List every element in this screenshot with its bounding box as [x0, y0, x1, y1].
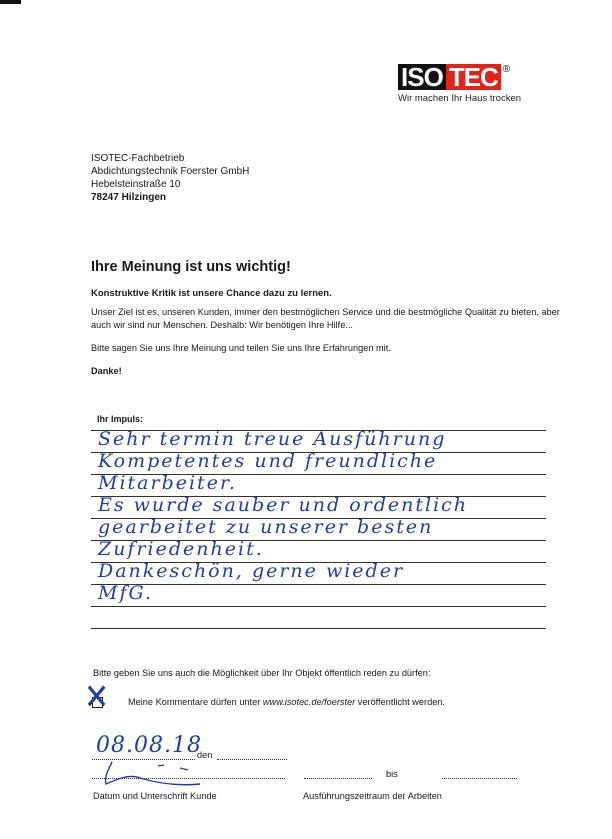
logo-tec: TEC	[446, 64, 501, 90]
ruled-line	[91, 606, 546, 607]
request-paragraph: Bitte sagen Sie uns Ihre Meinung und tei…	[91, 343, 391, 353]
ruled-line	[91, 584, 546, 585]
handwritten-line: gearbeitet zu unserer besten	[98, 516, 433, 538]
logo-iso: ISO	[398, 64, 446, 90]
impuls-label: Ihr Impuls:	[97, 414, 143, 424]
registered-icon: ®	[503, 64, 510, 75]
address-line-3: Hebelsteinstraße 10	[91, 178, 249, 191]
thanks-text: Danke!	[91, 366, 122, 376]
handwritten-line: Dankeschön, gerne wieder	[98, 560, 404, 582]
address-line-2: Abdichtungstechnik Foerster GmbH	[91, 165, 249, 178]
subheading: Konstruktive Kritik ist unsere Chance da…	[91, 288, 332, 299]
signature-caption: Datum und Unterschrift Kunde	[93, 791, 217, 801]
address-line-4: 78247 Hilzingen	[91, 191, 249, 204]
signature-scribble	[100, 760, 210, 788]
address-line-1: ISOTEC-Fachbetrieb	[91, 152, 249, 165]
check-mark-icon: ✕	[84, 677, 109, 719]
handwritten-date: 08.08.18	[96, 733, 202, 758]
handwritten-line: Mitarbeiter.	[98, 472, 237, 494]
handwritten-line: Zufriedenheit.	[98, 538, 264, 560]
handwritten-line: Kompetentes und freundliche	[98, 450, 437, 472]
period-start-dotted-line[interactable]	[304, 778, 372, 779]
date-dotted-line[interactable]	[217, 759, 287, 760]
consent-question: Bitte geben Sie uns auch die Möglichkeit…	[93, 668, 430, 678]
consent-url: www.isotec.de/foerster	[263, 697, 355, 707]
consent-text-before: Meine Kommentare dürfen unter	[128, 697, 263, 707]
scan-corner-mark	[0, 0, 21, 4]
period-end-dotted-line[interactable]	[442, 778, 517, 779]
den-label: den	[197, 750, 212, 760]
bis-label: bis	[386, 769, 398, 779]
consent-text-after: veröffentlicht werden.	[355, 697, 445, 707]
isotec-logo: ISO TEC ® Wir machen Ihr Haus trocken	[398, 64, 538, 104]
handwritten-line: Es wurde sauber und ordentlich	[98, 494, 468, 516]
consent-text: Meine Kommentare dürfen unter www.isotec…	[128, 697, 445, 707]
handwritten-line: MfG.	[98, 582, 153, 604]
ruled-line	[91, 628, 546, 629]
logo-tagline: Wir machen Ihr Haus trocken	[398, 93, 538, 104]
handwritten-line: Sehr termin treue Ausführung	[98, 428, 446, 450]
page-title: Ihre Meinung ist uns wichtig!	[91, 259, 291, 275]
period-caption: Ausführungszeitraum der Arbeiten	[303, 791, 442, 801]
intro-paragraph: Unser Ziel ist es, unseren Kunden, immer…	[91, 306, 561, 332]
company-address: ISOTEC-Fachbetrieb Abdichtungstechnik Fo…	[91, 152, 249, 204]
logo-wordmark: ISO TEC ®	[398, 64, 538, 90]
